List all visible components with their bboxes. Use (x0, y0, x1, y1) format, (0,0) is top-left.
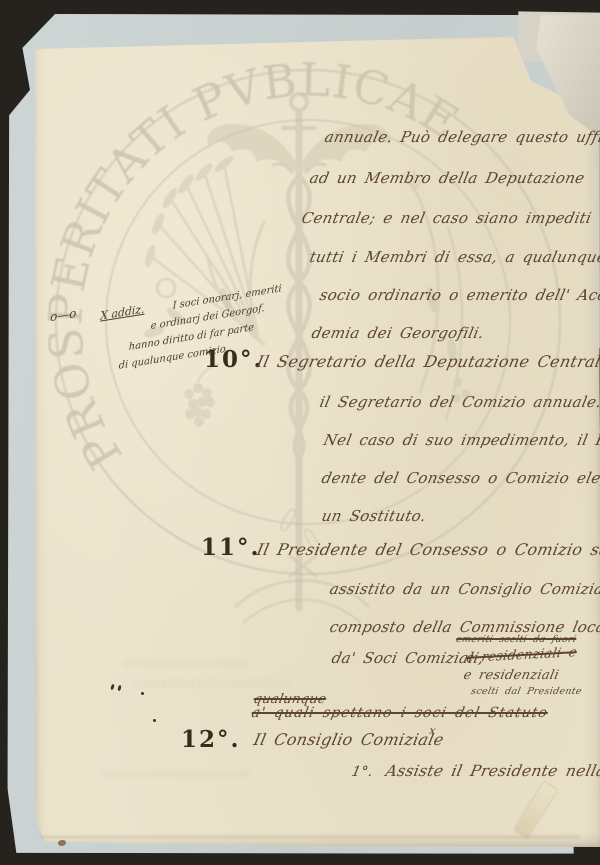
strikethrough-text: a' quali spettano i soci del Statuto (250, 705, 549, 721)
manuscript-line: da' Soci Comiziali, (330, 649, 486, 667)
strikethrough-text: emeriti scelti da fuori (455, 634, 577, 645)
wheat-ear (213, 154, 234, 174)
crease-line (40, 836, 580, 838)
ink-speck (141, 692, 144, 695)
showthrough-smudge (100, 770, 250, 777)
manuscript-line: il Segretario del Comizio annuale. (318, 393, 600, 411)
leaf (279, 508, 298, 533)
wheat-ear (150, 213, 165, 236)
manuscript-line: ad un Membro della Deputazione (308, 169, 586, 187)
wheat-ear (194, 162, 214, 183)
wheat-ear (144, 244, 157, 267)
manuscript-line: annuale. Può delegare questo ufficio (323, 128, 600, 146)
section-heading: 11°. (201, 534, 261, 561)
manuscript-line: Nel caso di suo impedimento, il Presi= (322, 431, 600, 449)
section-heading: 12°. (181, 726, 241, 753)
scanned-manuscript-page: PROSPERITATI PVBLICAE (0, 0, 600, 865)
manuscript-line: Il Segretario della Deputazione Centrale… (255, 352, 600, 371)
manuscript-line: Il Consiglio Comiziale (252, 730, 446, 749)
manuscript-line: dente del Consesso o Comizio elegge (320, 469, 600, 487)
interline-correction: scelti dal Presidente (470, 686, 583, 697)
manuscript-line: demia dei Georgofili. (310, 324, 486, 342)
manuscript-line: Il Presidente del Consesso o Comizio sar… (255, 540, 600, 559)
wheat-ear (176, 173, 195, 195)
subitem-number: 1°. (350, 764, 375, 780)
manuscript-line: Centrale; e nel caso siano impediti (300, 209, 593, 227)
manuscript-line: un Sostituto. (320, 507, 428, 525)
interline-correction: e residenziali (462, 668, 560, 683)
showthrough-smudge (130, 680, 290, 687)
manuscript-line: assistito da un Consiglio Comiziale, (328, 580, 600, 598)
manuscript-line: socio ordinario o emerito dell' Acca= (318, 286, 600, 304)
showthrough-smudge (120, 660, 250, 667)
subitem-text: Assiste il Presidente nella (384, 762, 600, 780)
flower-rosette (157, 279, 175, 297)
leaf-blade (250, 222, 264, 336)
manuscript-line: tutti i Membri di essa, a qualunque (308, 248, 600, 266)
ink-speck (153, 719, 156, 722)
